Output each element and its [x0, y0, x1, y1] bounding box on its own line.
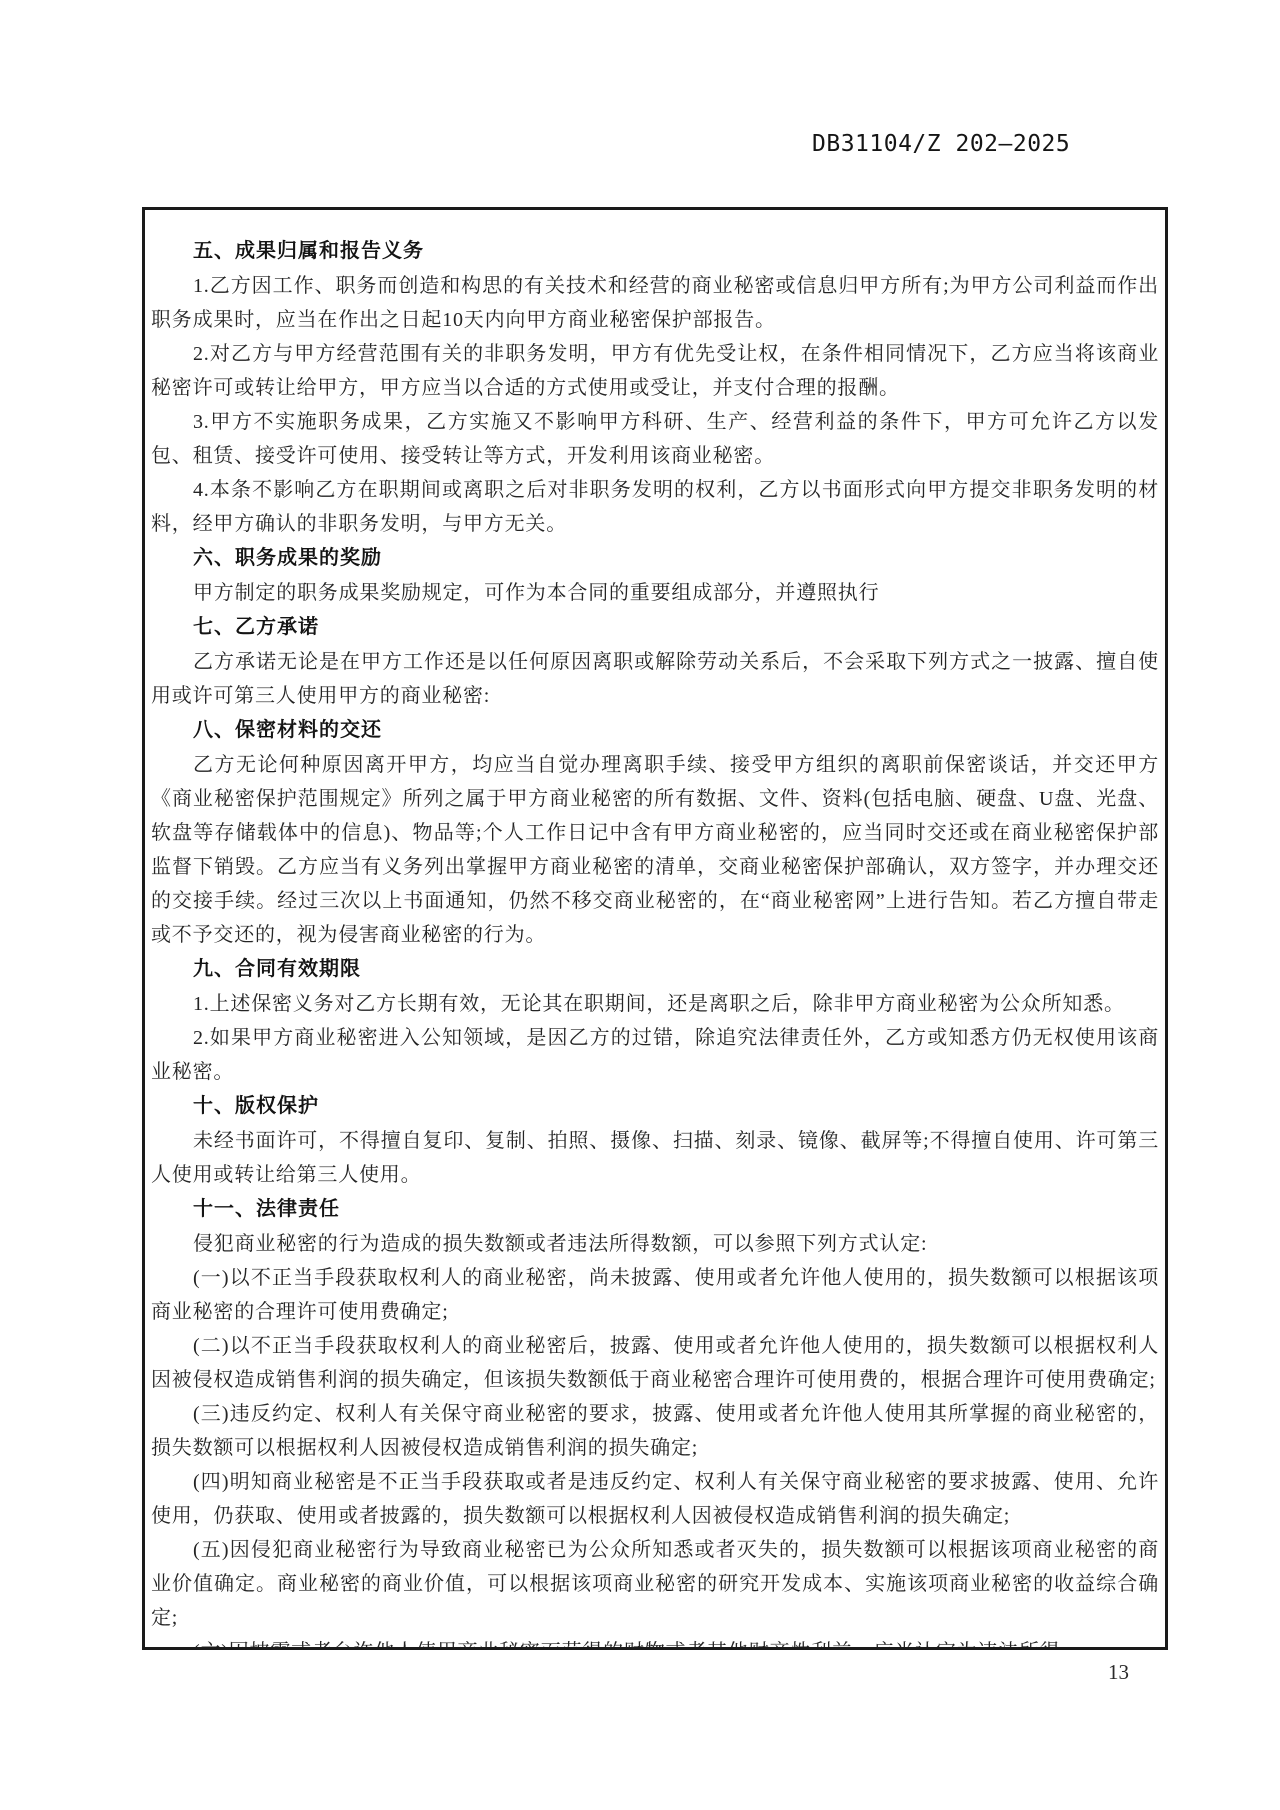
paragraph: 4.本条不影响乙方在职期间或离职之后对非职务发明的权利，乙方以书面形式向甲方提交…	[151, 473, 1159, 541]
paragraph: (二)以不正当手段获取权利人的商业秘密后，披露、使用或者允许他人使用的，损失数额…	[151, 1329, 1159, 1397]
paragraph: 乙方承诺无论是在甲方工作还是以任何原因离职或解除劳动关系后，不会采取下列方式之一…	[151, 645, 1159, 713]
section-heading: 十、版权保护	[151, 1089, 1159, 1124]
paragraph: 侵犯商业秘密的行为造成的损失数额或者违法所得数额，可以参照下列方式认定:	[151, 1227, 1159, 1261]
paragraph: 1.上述保密义务对乙方长期有效，无论其在职期间，还是离职之后，除非甲方商业秘密为…	[151, 987, 1159, 1021]
section-heading: 六、职务成果的奖励	[151, 541, 1159, 576]
paragraph: 2.对乙方与甲方经营范围有关的非职务发明，甲方有优先受让权，在条件相同情况下，乙…	[151, 337, 1159, 405]
standard-doc-code: DB31104/Z 202—2025	[812, 131, 1012, 157]
section-heading: 十一、法律责任	[151, 1192, 1159, 1227]
paragraph: (三)违反约定、权利人有关保守商业秘密的要求，披露、使用或者允许他人使用其所掌握…	[151, 1397, 1159, 1465]
paragraph: 2.如果甲方商业秘密进入公知领域，是因乙方的过错，除追究法律责任外，乙方或知悉方…	[151, 1021, 1159, 1089]
page-number: 13	[1108, 1660, 1129, 1685]
paragraph: 1.乙方因工作、职务而创造和构思的有关技术和经营的商业秘密或信息归甲方所有;为甲…	[151, 269, 1159, 337]
document-body: 五、成果归属和报告义务1.乙方因工作、职务而创造和构思的有关技术和经营的商业秘密…	[142, 207, 1168, 1650]
paragraph: 甲方制定的职务成果奖励规定，可作为本合同的重要组成部分，并遵照执行	[151, 576, 1159, 610]
paragraph: 未经书面许可，不得擅自复印、复制、拍照、摄像、扫描、刻录、镜像、截屏等;不得擅自…	[151, 1124, 1159, 1192]
section-heading: 五、成果归属和报告义务	[151, 234, 1159, 269]
paragraph: (四)明知商业秘密是不正当手段获取或者是违反约定、权利人有关保守商业秘密的要求披…	[151, 1465, 1159, 1533]
paragraph: (六)因披露或者允许他人使用商业秘密而获得的财物或者其他财产性利益，应当认定为违…	[151, 1635, 1159, 1650]
section-heading: 八、保密材料的交还	[151, 713, 1159, 748]
section-heading: 九、合同有效期限	[151, 952, 1159, 987]
paragraph: 乙方无论何种原因离开甲方，均应当自觉办理离职手续、接受甲方组织的离职前保密谈话，…	[151, 748, 1159, 952]
paragraph: (五)因侵犯商业秘密行为导致商业秘密已为公众所知悉或者灭失的，损失数额可以根据该…	[151, 1533, 1159, 1635]
paragraph: 3.甲方不实施职务成果，乙方实施又不影响甲方科研、生产、经营利益的条件下，甲方可…	[151, 405, 1159, 473]
paragraph: (一)以不正当手段获取权利人的商业秘密，尚未披露、使用或者允许他人使用的，损失数…	[151, 1261, 1159, 1329]
section-heading: 七、乙方承诺	[151, 610, 1159, 645]
